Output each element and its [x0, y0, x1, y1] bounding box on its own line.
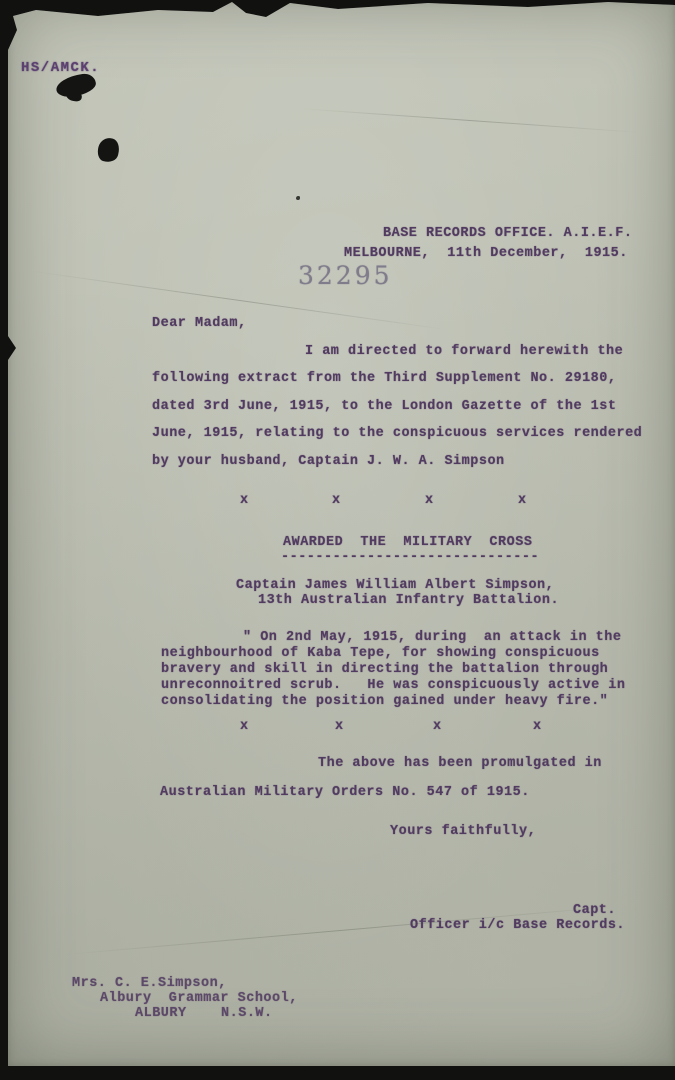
- recipient-address-line: ALBURY N.S.W.: [135, 1007, 273, 1021]
- award-heading: AWARDED THE MILITARY CROSS: [283, 536, 532, 550]
- letterhead-date-line: MELBOURNE, 11th December, 1915.: [344, 247, 628, 261]
- citation-line: consolidating the position gained under …: [161, 695, 608, 709]
- citation-line: unreconnoitred scrub. He was conspicuous…: [161, 679, 625, 693]
- award-recipient-line: 13th Australian Infantry Battalion.: [258, 594, 559, 608]
- opening-paragraph-line: dated 3rd June, 1915, to the London Gaze…: [152, 400, 616, 414]
- serial-number-stamp: 32295: [298, 263, 393, 289]
- citation-line: " On 2nd May, 1915, during an attack in …: [243, 631, 621, 645]
- opening-paragraph-line: following extract from the Third Supplem…: [152, 372, 616, 386]
- signature-title: Officer i/c Base Records.: [410, 919, 625, 933]
- salutation: Dear Madam,: [152, 317, 247, 331]
- separator-x-mark: x: [240, 720, 249, 734]
- separator-x-mark: x: [335, 720, 344, 734]
- signature-rank: Capt.: [573, 904, 616, 918]
- closing-valediction: Yours faithfully,: [390, 825, 536, 839]
- separator-x-mark: x: [433, 720, 442, 734]
- award-recipient-line: Captain James William Albert Simpson,: [236, 579, 554, 593]
- recipient-name: Mrs. C. E.Simpson,: [72, 977, 227, 991]
- separator-x-mark: x: [425, 494, 434, 508]
- opening-paragraph-line: I am directed to forward herewith the: [305, 345, 623, 359]
- reference-code-stamp: HS/AMCK.: [21, 61, 100, 75]
- paper-speck: [296, 196, 300, 200]
- separator-x-mark: x: [240, 494, 249, 508]
- citation-line: neighbourhood of Kaba Tepe, for showing …: [161, 647, 600, 661]
- letterhead-office-line: BASE RECORDS OFFICE. A.I.E.F.: [383, 227, 632, 241]
- separator-x-mark: x: [518, 494, 527, 508]
- separator-x-mark: x: [533, 720, 542, 734]
- citation-line: bravery and skill in directing the batta…: [161, 663, 608, 677]
- recipient-address-line: Albury Grammar School,: [100, 992, 298, 1006]
- award-heading-underline: ------------------------------: [281, 551, 539, 565]
- promulgation-line: The above has been promulgated in: [318, 757, 602, 771]
- opening-paragraph-line: by your husband, Captain J. W. A. Simpso…: [152, 455, 505, 469]
- separator-x-mark: x: [332, 494, 341, 508]
- promulgation-line: Australian Military Orders No. 547 of 19…: [160, 786, 530, 800]
- opening-paragraph-line: June, 1915, relating to the conspicuous …: [152, 427, 642, 441]
- scanned-letter: HS/AMCK. BASE RECORDS OFFICE. A.I.E.F. M…: [0, 0, 675, 1080]
